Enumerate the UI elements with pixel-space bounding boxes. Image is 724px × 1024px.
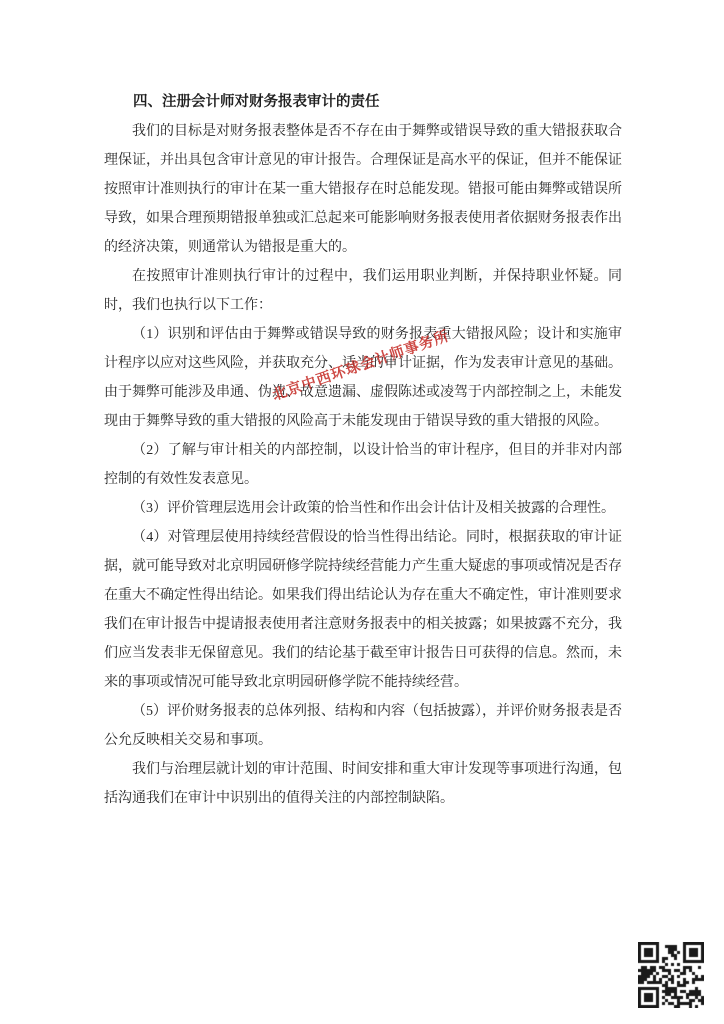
paragraph-item-3: （3）评价管理层选用会计政策的恰当性和作出会计估计及相关披露的合理性。 — [104, 494, 622, 523]
paragraph-professional-judgment: 在按照审计准则执行审计的过程中，我们运用职业判断，并保持职业怀疑。同时，我们也执… — [104, 262, 622, 320]
qr-code — [638, 942, 704, 1008]
report-body: 四、注册会计师对财务报表审计的责任 我们的目标是对财务报表整体是否不存在由于舞弊… — [104, 88, 622, 813]
paragraph-item-5: （5）评价财务报表的总体列报、结构和内容（包括披露），并评价财务报表是否公允反映… — [104, 697, 622, 755]
section-heading: 四、注册会计师对财务报表审计的责任 — [104, 88, 622, 117]
paragraph-item-1: （1）识别和评估由于舞弊或错误导致的财务报表重大错报风险；设计和实施审计程序以应… — [104, 320, 622, 436]
paragraph-objective: 我们的目标是对财务报表整体是否不存在由于舞弊或错误导致的重大错报获取合理保证，并… — [104, 117, 622, 262]
paragraph-item-2: （2）了解与审计相关的内部控制，以设计恰当的审计程序，但目的并非对内部控制的有效… — [104, 436, 622, 494]
paragraph-governance-communication: 我们与治理层就计划的审计范围、时间安排和重大审计发现等事项进行沟通，包括沟通我们… — [104, 755, 622, 813]
document-page: 四、注册会计师对财务报表审计的责任 我们的目标是对财务报表整体是否不存在由于舞弊… — [0, 0, 724, 1024]
paragraph-item-4: （4）对管理层使用持续经营假设的恰当性得出结论。同时，根据获取的审计证据，就可能… — [104, 523, 622, 697]
